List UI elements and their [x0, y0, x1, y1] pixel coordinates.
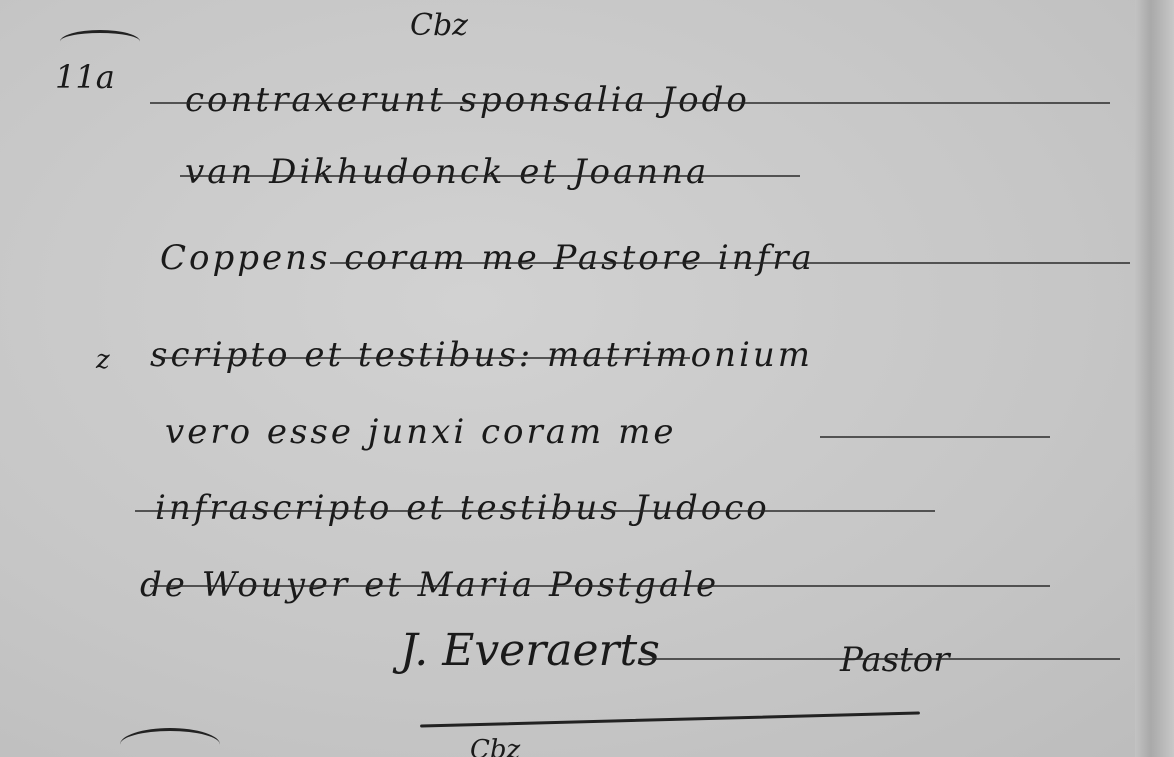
strike-line-7 — [150, 585, 1050, 587]
signature-strike — [640, 658, 1120, 660]
strike-line-3 — [330, 262, 1130, 264]
text-line-6: infrascripto et testibus Judoco — [155, 488, 770, 528]
strike-line-2 — [180, 175, 800, 177]
text-line-2: van Dikhudonck et Joanna — [185, 152, 709, 192]
bottom-flourish — [120, 728, 220, 757]
strike-line-4 — [160, 357, 690, 359]
page-binding-gutter — [1135, 0, 1174, 757]
strike-line-1 — [150, 102, 1110, 104]
text-line-1: contraxerunt sponsalia Jodo — [185, 80, 750, 120]
text-line-3: Coppens coram me Pastore infra — [160, 238, 815, 278]
text-line-4: scripto et testibus: matrimonium — [150, 335, 813, 375]
strike-line-5 — [820, 436, 1050, 438]
text-line-5: vero esse junxi coram me — [165, 412, 676, 452]
header-fragment: Cbz — [410, 8, 468, 43]
margin-entry-number: 11a — [55, 58, 115, 96]
manuscript-page: Cbz 11a contraxerunt sponsalia Jodo van … — [0, 0, 1174, 757]
margin-mark: z — [96, 345, 110, 375]
signature-role: Pastor — [840, 640, 949, 680]
bottom-fragment: Cbz — [470, 735, 520, 757]
signature-underline — [420, 711, 920, 727]
margin-flourish — [60, 30, 140, 53]
strike-line-6 — [135, 510, 935, 512]
signature-name: J. Everaerts — [400, 625, 660, 676]
